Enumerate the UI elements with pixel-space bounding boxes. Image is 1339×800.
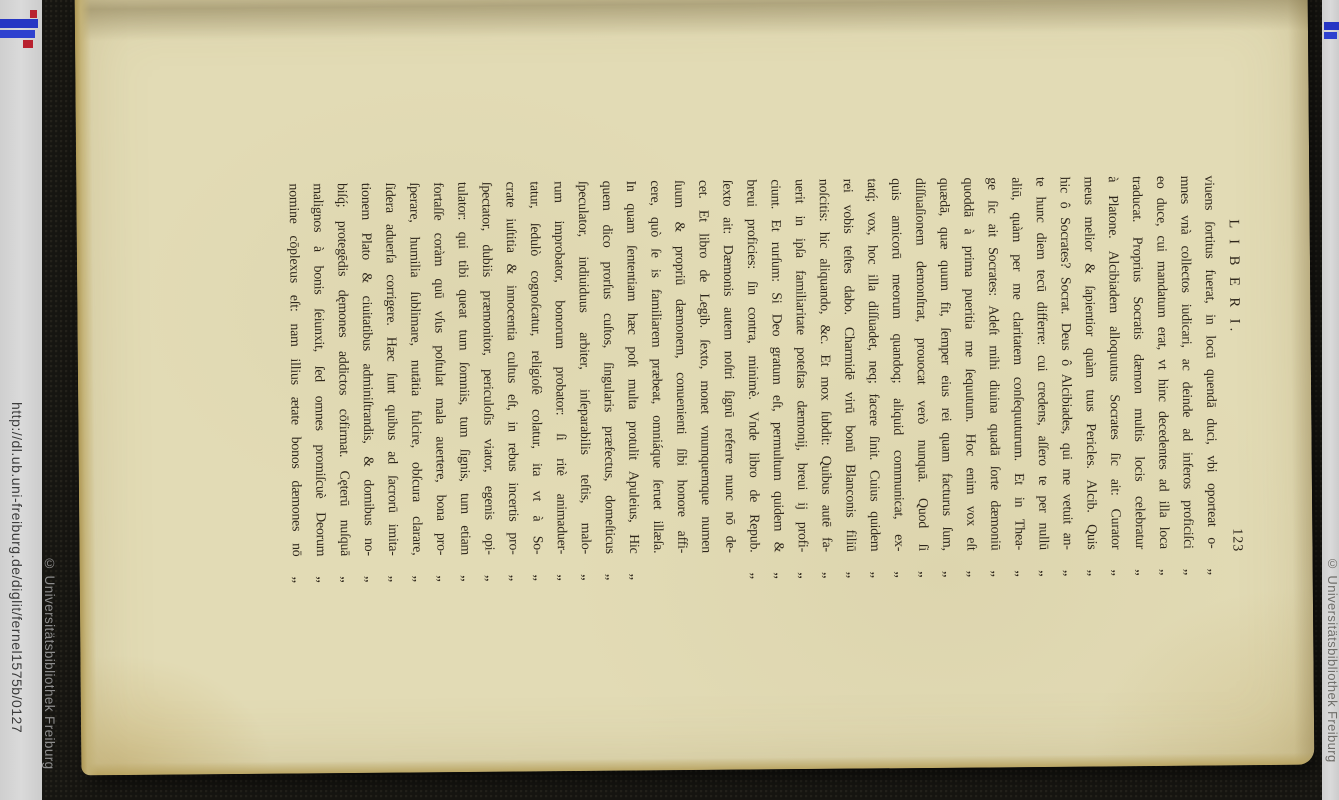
calibration-blue-bar — [1324, 22, 1339, 30]
margin-quote-mark: „ — [1009, 570, 1033, 577]
text-line: tionem Plato & ciuitatibus adminiſtrandi… — [354, 183, 381, 556]
margin-quote-mark: „ — [864, 572, 888, 579]
text-line: ciunt. Et rurſum: Si Deo gratum eſt, per… — [763, 179, 790, 552]
text-line: eo duce, cui mandatum erat, vt hinc dece… — [1149, 176, 1176, 549]
text-line: breui proficies: ſin contra, minimè. Vnd… — [739, 179, 766, 552]
text-line: fortaſſe coràm quū vſus poſtulat mala au… — [426, 182, 453, 555]
margin-quote-mark: „ — [936, 571, 960, 578]
calibration-blue-bar — [1324, 32, 1337, 39]
margin-quote-mark: „ — [382, 576, 406, 583]
calibration-red-mark — [30, 10, 37, 18]
text-line: quoddā à prima pueritia me ſequutum. Hoc… — [956, 177, 983, 550]
margin-quote-mark: „ — [503, 575, 527, 582]
text-block: L I B E R I. 123 viuens ſortitus fuerat,… — [282, 175, 1249, 603]
margin-quote-mark: „ — [1129, 569, 1153, 576]
text-line: tatur, ſedulò cognoſcatur, religioſè col… — [522, 181, 549, 554]
margin-quote-mark: „ — [744, 573, 768, 580]
text-line: rum improbator, bonorum probator: ſi rit… — [547, 181, 574, 554]
margin-quote-mark: „ — [1105, 570, 1129, 577]
margin-quote-mark: „ — [816, 572, 840, 579]
calibration-blue-bar — [0, 19, 38, 28]
text-line: traducat. Proprius Socratis dæmon multis… — [1125, 176, 1152, 549]
margin-quote-mark: „ — [431, 575, 455, 582]
text-line: quædā, quæ quum fit, ſemper eius rei qua… — [932, 178, 959, 551]
text-line: à Platone. Alcibiadem alloquutus Socrate… — [1101, 176, 1128, 549]
text-line: ſpectator, dubiis præmonitor, periculoſi… — [474, 182, 501, 555]
margin-quote-mark: „ — [961, 571, 985, 578]
text-line: rei vobis teſtes dabo. Charmidē virū bon… — [836, 179, 863, 552]
margin-quote-mark: „ — [1153, 569, 1177, 576]
margin-quote-mark: „ — [1081, 570, 1105, 577]
margin-quote-mark: „ — [286, 577, 310, 584]
text-line: te hunc diem tecū differre: cui credens,… — [1028, 177, 1055, 550]
margin-quote-mark: „ — [527, 575, 551, 582]
text-line: ſexto ait: Dæmonis autem noſtri ſignū re… — [715, 180, 742, 553]
margin-quote-mark: „ — [358, 576, 382, 583]
text-line: nomine cōplexus eſt: nam illius ætate bo… — [282, 183, 309, 556]
text-line: hic ô Socrates? Socrat. Deus ô Alcibiade… — [1052, 177, 1079, 550]
text-line: viuens ſortitus fuerat, in locū quendā d… — [1197, 175, 1224, 548]
text-line: crate iuſtitia & innocentia cultus eſt, … — [498, 181, 525, 554]
text-line: In quam ſententiam hæc poſt multa protul… — [619, 180, 646, 553]
margin-quote-mark: „ — [551, 574, 575, 581]
text-line: malignos à bonis ſeiunxit, ſed omnes pro… — [306, 183, 333, 556]
text-line: cet. Et libro de Legib. ſexto, monet vnu… — [691, 180, 718, 553]
text-line: ſperare, humilia ſublimare, nutātia fulc… — [402, 182, 429, 555]
margin-quote-mark: „ — [1201, 569, 1225, 576]
margin-quote-mark: „ — [623, 574, 647, 581]
margin-quote-mark: „ — [888, 571, 912, 578]
watermark-copyright-left: © Universitätsbibliothek Freiburg — [42, 556, 57, 770]
text-line: ſpeculator, indiuiduus arbiter, inſepara… — [571, 181, 598, 554]
book-page-scan: L I B E R I. 123 viuens ſortitus fuerat,… — [75, 0, 1315, 775]
running-title: L I B E R I. — [1226, 219, 1243, 335]
margin-quote-mark: „ — [840, 572, 864, 579]
text-line: diſſuaſionem demonſtrat, prouocat verò n… — [908, 178, 935, 551]
text-line: quem dico prorſus cuſtos, ſingularis præ… — [595, 181, 622, 554]
calibration-blue-bar — [0, 30, 35, 38]
margin-quote-mark: „ — [985, 571, 1009, 578]
margin-quote-mark: „ — [334, 576, 358, 583]
text-line: ſidera aduerſa corrigere. Hæc ſunt quibu… — [378, 183, 405, 556]
text-line: biſq́; protegēdis dęmones addictos cōfir… — [330, 183, 357, 556]
text-line: cere, quò ſe is familiarem præbeat, omni… — [643, 180, 670, 553]
margin-quote-mark: „ — [792, 572, 816, 579]
margin-quote-mark: „ — [310, 576, 334, 583]
page-header: L I B E R I. 123 — [1221, 175, 1248, 548]
margin-quote-mark: „ — [768, 572, 792, 579]
page-number: 123 — [1224, 528, 1248, 552]
text-line: ſuum & propriū dæmonem, conuenienti ſibi… — [667, 180, 694, 553]
text-line: ge ſic ait Socrates: Adeſt mihi diuina q… — [980, 177, 1007, 550]
text-line: quis amicorū meorum quandoq; aliquid com… — [884, 178, 911, 551]
margin-quote-mark: „ — [1057, 570, 1081, 577]
margin-quote-mark: „ — [575, 574, 599, 581]
margin-quote-mark: „ — [406, 576, 430, 583]
text-line: uerit in ipſa familiaritate poteſtas dæm… — [787, 179, 814, 552]
margin-quote-mark: „ — [912, 571, 936, 578]
margin-quote-mark: „ — [599, 574, 623, 581]
text-line: tatq́; vox, hoc illa diſſuadet, neq; fac… — [860, 178, 887, 551]
margin-quote-mark: „ — [455, 575, 479, 582]
margin-quote-mark: „ — [1177, 569, 1201, 576]
text-line: meus melior & ſapientior quàm tuus Peric… — [1077, 176, 1104, 549]
scanner-cradle-background: L I B E R I. 123 viuens ſortitus fuerat,… — [0, 0, 1339, 800]
calibration-red-mark — [23, 40, 33, 48]
text-line: aliū, quàm per me claritatem conſequutur… — [1004, 177, 1031, 550]
margin-quote-mark: „ — [479, 575, 503, 582]
watermark-url: http://dl.ub.uni-freiburg.de/diglit/fern… — [9, 402, 25, 733]
watermark-copyright-right: © Universitätsbibliothek Freiburg — [1325, 556, 1339, 763]
text-line: noſcitis: hic aliquando, &c. Et mox ſubd… — [812, 179, 839, 552]
text-line: tulator: qui tibi queat tum ſomniis, tum… — [450, 182, 477, 555]
text-line: mnes vnà collectos iudicari, ac deinde a… — [1173, 176, 1200, 549]
margin-quote-mark: „ — [1033, 570, 1057, 577]
